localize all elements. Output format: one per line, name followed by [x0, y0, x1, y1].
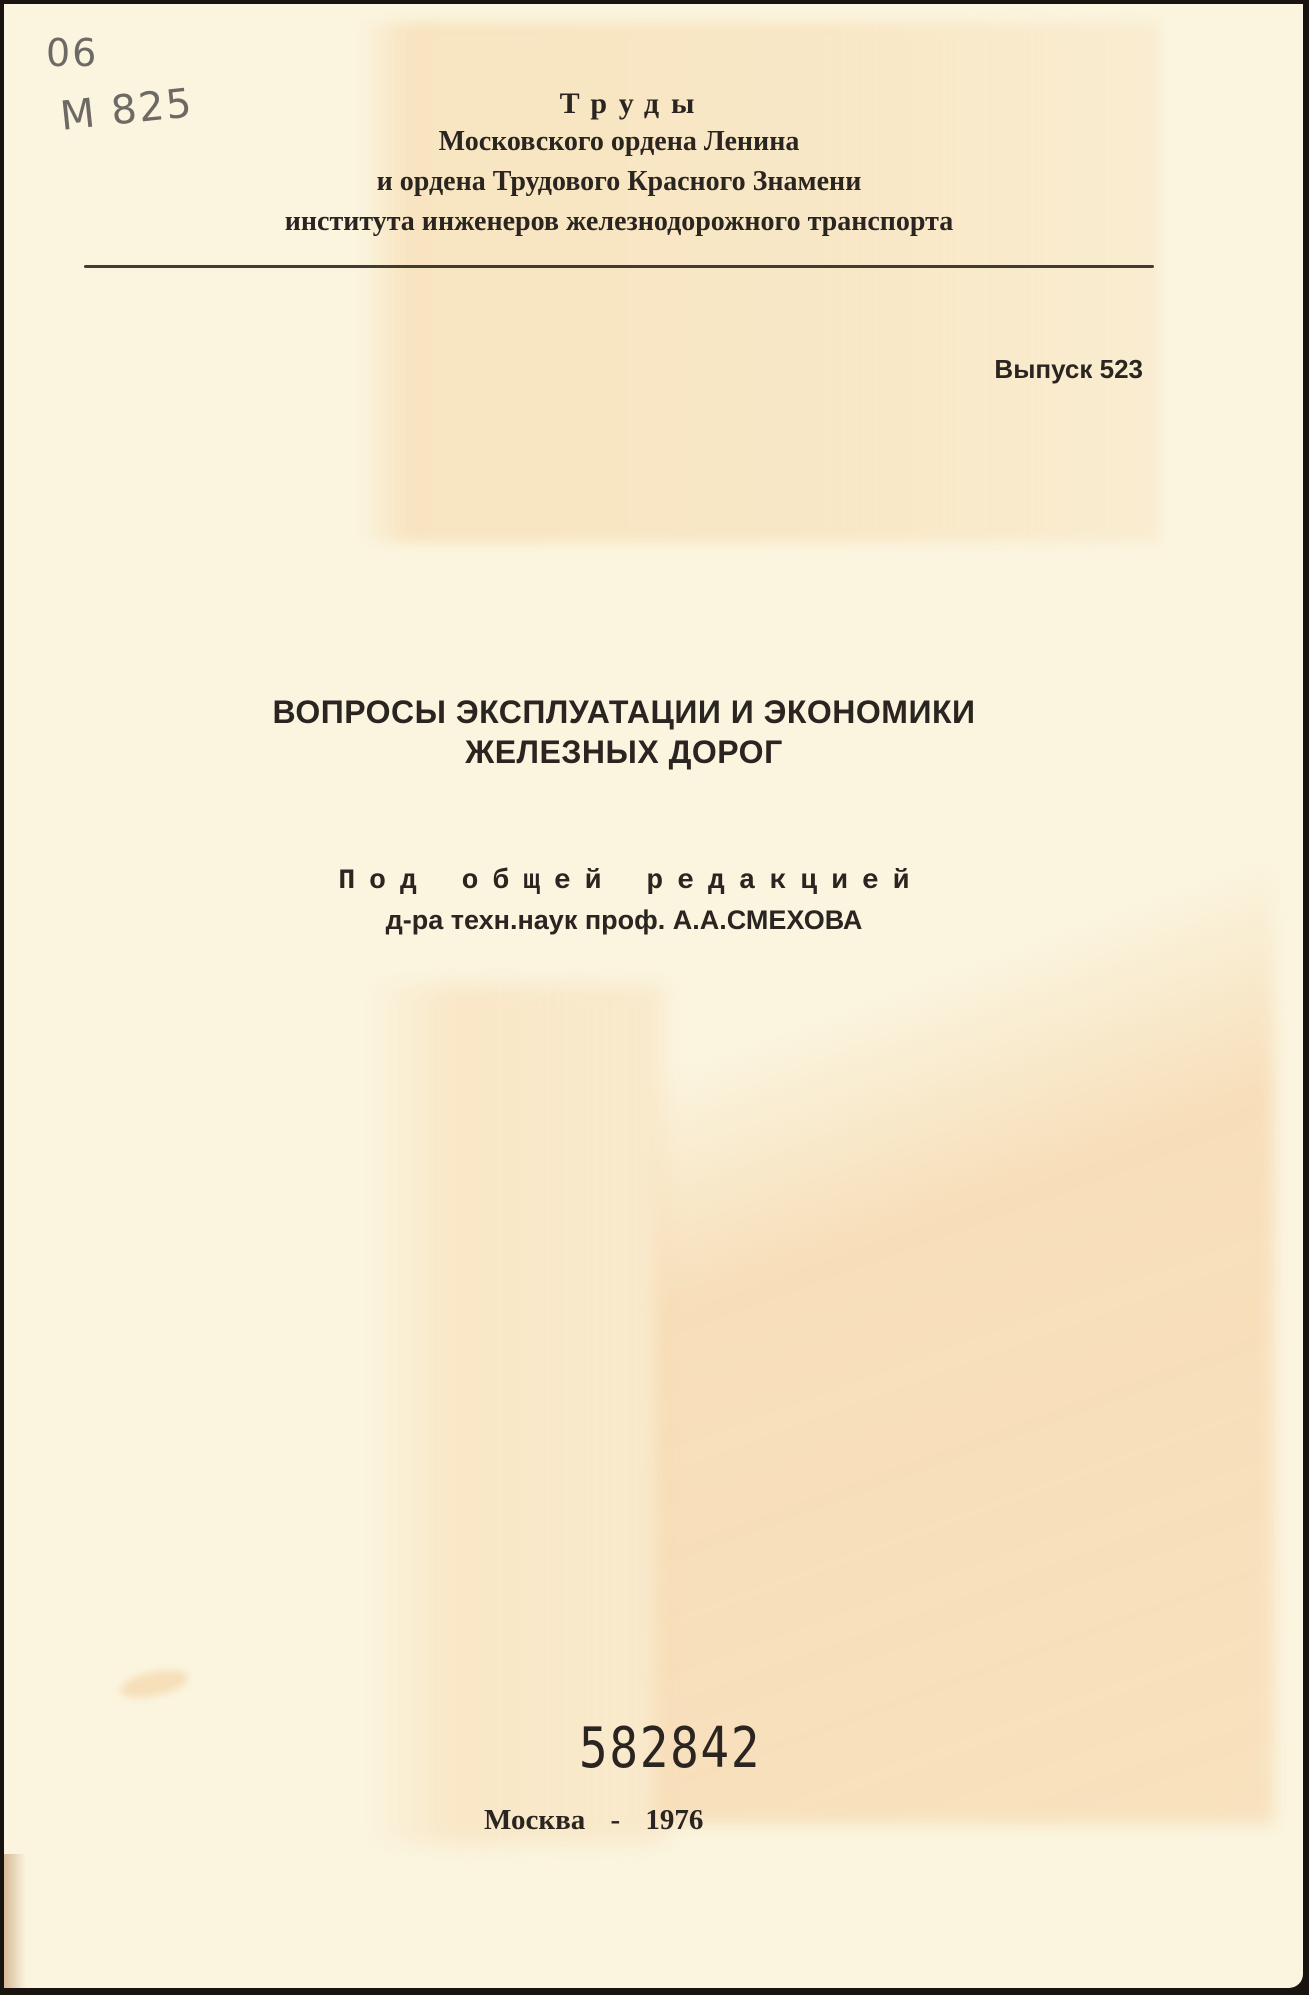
header-rule: [84, 265, 1154, 268]
header-line-4: института инженеров железнодорожного тра…: [84, 202, 1154, 242]
editor-line-2: д-ра техн.наук проф. А.А.СМЕХОВА: [144, 902, 1104, 938]
editor-block: Под общей редакцией д-ра техн.наук проф.…: [144, 862, 1104, 938]
header-line-2: Московского ордена Ленина: [84, 122, 1154, 162]
title-line-1: ВОПРОСЫ ЭКСПЛУАТАЦИИ И ЭКОНОМИКИ: [144, 692, 1104, 732]
paper-stain-right: [654, 864, 1274, 1824]
place-and-year: Москва - 1976: [484, 1804, 703, 1837]
paper-edge-wear: [4, 1854, 26, 1988]
header-line-3: и ордена Трудового Красного Знамени: [84, 162, 1154, 202]
header-line-1: Труды: [84, 86, 1154, 122]
title-line-2: ЖЕЛЕЗНЫХ ДОРОГ: [144, 732, 1104, 772]
inventory-stamp-number: 582842: [579, 1716, 761, 1781]
book-title: ВОПРОСЫ ЭКСПЛУАТАЦИИ И ЭКОНОМИКИ ЖЕЛЕЗНЫ…: [144, 692, 1104, 772]
editor-line-1: Под общей редакцией: [144, 862, 1104, 902]
issue-number: Выпуск 523: [994, 354, 1143, 385]
paper-smudge: [117, 1665, 190, 1703]
title-page: 06 M 825 Труды Московского ордена Ленина…: [4, 4, 1303, 1988]
institution-header: Труды Московского ордена Ленина и ордена…: [84, 86, 1154, 242]
handwritten-call-number-line1: 06: [46, 34, 98, 72]
paper-stain-mid: [364, 984, 664, 1844]
